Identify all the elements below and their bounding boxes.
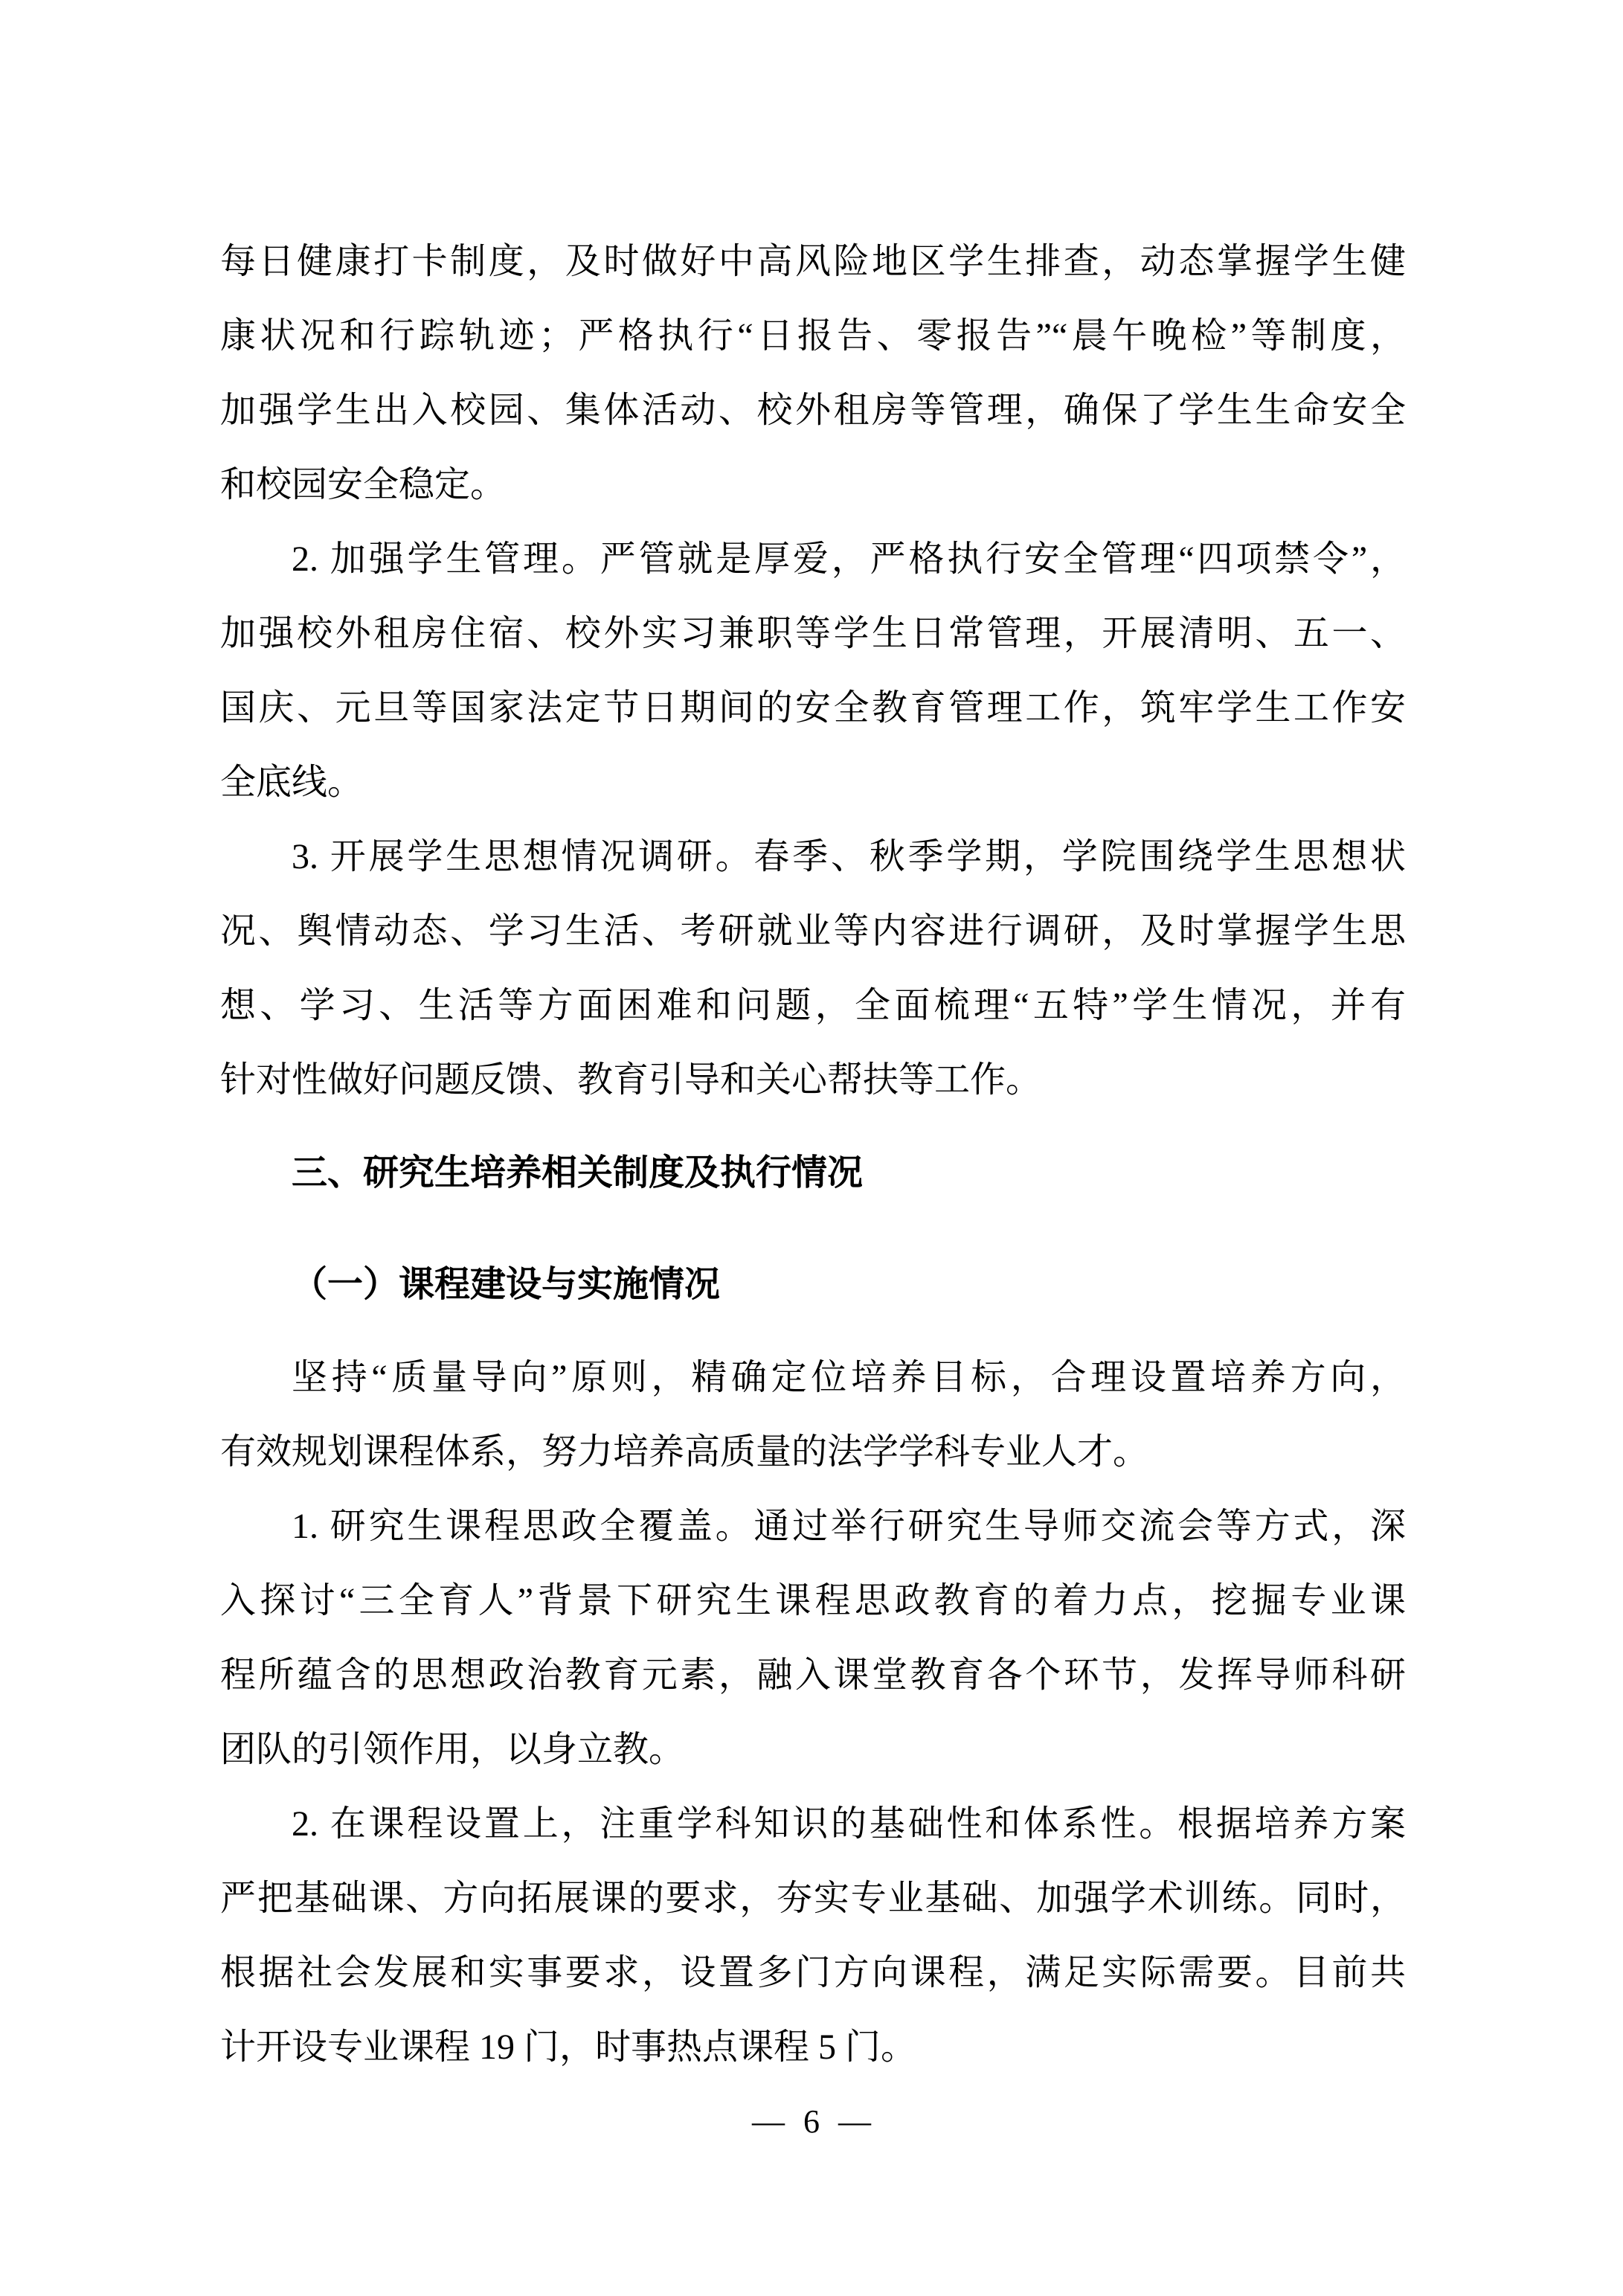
section-heading: 三、研究生培养相关制度及执行情况 [220,1117,1406,1229]
paragraph: 2. 在课程设置上，注重学科知识的基础性和体系性。根据培养方案严把基础课、方向拓… [220,1787,1406,2085]
text-line: 每日健康打卡制度，及时做好中高风险地区学生排查，动态掌握学生健 [220,225,1406,299]
subsection-heading: （一）课程建设与实施情况 [220,1229,1406,1341]
text-line: 程所蕴含的思想政治教育元素，融入课堂教育各个环节，发挥导师科研 [220,1638,1406,1713]
text-line: 严把基础课、方向拓展课的要求，夯实专业基础、加强学术训练。同时， [220,1862,1406,1936]
text-line: 想、学习、生活等方面困难和问题，全面梳理“五特”学生情况，并有 [220,969,1406,1043]
text-line: 针对性做好问题反馈、教育引导和关心帮扶等工作。 [220,1043,1406,1117]
text-line: 国庆、元旦等国家法定节日期间的安全教育管理工作，筑牢学生工作安 [220,671,1406,745]
text-line: 加强校外租房住宿、校外实习兼职等学生日常管理，开展清明、五一、 [220,597,1406,671]
text-line: 1. 研究生课程思政全覆盖。通过举行研究生导师交流会等方式，深 [220,1489,1406,1564]
text-line: 入探讨“三全育人”背景下研究生课程思政教育的着力点，挖掘专业课 [220,1564,1406,1638]
paragraph: 每日健康打卡制度，及时做好中高风险地区学生排查，动态掌握学生健康状况和行踪轨迹；… [220,225,1406,522]
paragraph: 坚持“质量导向”原则，精确定位培养目标，合理设置培养方向，有效规划课程体系，努力… [220,1341,1406,1489]
page-footer: — 6 — [0,2100,1623,2144]
text-line: 2. 加强学生管理。严管就是厚爱，严格执行安全管理“四项禁令”， [220,522,1406,597]
document-page: 每日健康打卡制度，及时做好中高风险地区学生排查，动态掌握学生健康状况和行踪轨迹；… [0,0,1623,2296]
paragraph: 3. 开展学生思想情况调研。春季、秋季学期，学院围绕学生思想状况、舆情动态、学习… [220,820,1406,1117]
text-line: 3. 开展学生思想情况调研。春季、秋季学期，学院围绕学生思想状 [220,820,1406,894]
document-body: 每日健康打卡制度，及时做好中高风险地区学生排查，动态掌握学生健康状况和行踪轨迹；… [220,225,1406,2085]
text-line: 2. 在课程设置上，注重学科知识的基础性和体系性。根据培养方案 [220,1787,1406,1862]
paragraph: 1. 研究生课程思政全覆盖。通过举行研究生导师交流会等方式，深入探讨“三全育人”… [220,1489,1406,1787]
text-line: 况、舆情动态、学习生活、考研就业等内容进行调研，及时掌握学生思 [220,894,1406,969]
text-line: 坚持“质量导向”原则，精确定位培养目标，合理设置培养方向， [220,1341,1406,1415]
text-line: 加强学生出入校园、集体活动、校外租房等管理，确保了学生生命安全 [220,373,1406,448]
text-line: 根据社会发展和实事要求，设置多门方向课程，满足实际需要。目前共 [220,1936,1406,2010]
page-number: — 6 — [752,2103,871,2140]
text-line: 和校园安全稳定。 [220,448,1406,522]
text-line: 团队的引领作用，以身立教。 [220,1713,1406,1787]
text-line: 康状况和行踪轨迹；严格执行“日报告、零报告”“晨午晚检”等制度， [220,299,1406,373]
text-line: 计开设专业课程 19 门，时事热点课程 5 门。 [220,2010,1406,2085]
paragraph: 2. 加强学生管理。严管就是厚爱，严格执行安全管理“四项禁令”，加强校外租房住宿… [220,522,1406,820]
text-line: 全底线。 [220,745,1406,820]
text-line: 有效规划课程体系，努力培养高质量的法学学科专业人才。 [220,1415,1406,1489]
